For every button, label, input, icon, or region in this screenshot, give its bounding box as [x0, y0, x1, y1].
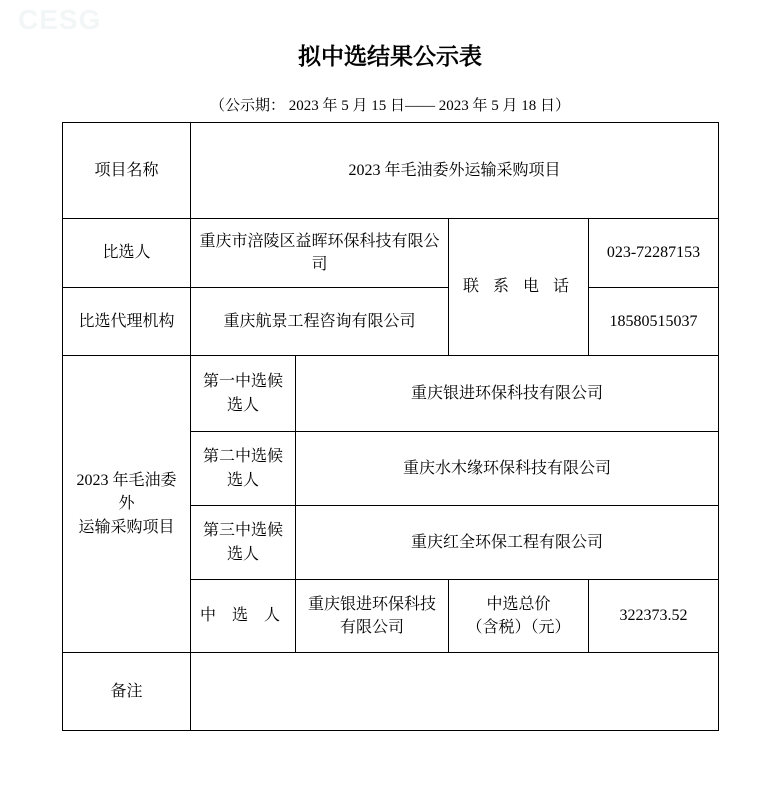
row-bidder: 比选人 重庆市涪陵区益晖环保科技有限公 司 联 系 电 话 023-722871…: [63, 219, 719, 288]
winner-value: 重庆银进环保科技 有限公司: [296, 580, 449, 653]
total-price-value: 322373.52: [589, 580, 719, 653]
remarks-label: 备注: [63, 653, 191, 731]
remarks-value: [191, 653, 719, 731]
page-title: 拟中选结果公示表: [62, 43, 718, 71]
candidate-2-label: 第二中选候 选人: [191, 432, 296, 506]
total-price-label: 中选总价 （含税）（元）: [449, 580, 589, 653]
candidate-3-label: 第三中选候 选人: [191, 506, 296, 580]
bidder-value: 重庆市涪陵区益晖环保科技有限公 司: [191, 219, 449, 288]
candidate-2-value: 重庆水木缘环保科技有限公司: [296, 432, 719, 506]
row-project-name: 项目名称 2023 年毛油委外运输采购项目: [63, 123, 719, 219]
project-name-value: 2023 年毛油委外运输采购项目: [191, 123, 719, 219]
candidate-1-label: 第一中选候 选人: [191, 356, 296, 432]
bidder-phone-value: 023-72287153: [589, 219, 719, 288]
winner-label: 中 选 人: [191, 580, 296, 653]
contact-phone-label: 联 系 电 话: [449, 219, 589, 356]
project-name-label: 项目名称: [63, 123, 191, 219]
row-candidate-1: 2023 年毛油委外 运输采购项目 第一中选候 选人 重庆银进环保科技有限公司: [63, 356, 719, 432]
candidate-1-value: 重庆银进环保科技有限公司: [296, 356, 719, 432]
result-table: 项目名称 2023 年毛油委外运输采购项目 比选人 重庆市涪陵区益晖环保科技有限…: [62, 122, 719, 731]
row-agency: 比选代理机构 重庆航景工程咨询有限公司 18580515037: [63, 288, 719, 356]
project-group-label: 2023 年毛油委外 运输采购项目: [63, 356, 191, 653]
bidder-label: 比选人: [63, 219, 191, 288]
agency-label: 比选代理机构: [63, 288, 191, 356]
agency-phone-value: 18580515037: [589, 288, 719, 356]
agency-value: 重庆航景工程咨询有限公司: [191, 288, 449, 356]
announcement-document: 拟中选结果公示表 （公示期： 2023 年 5 月 15 日—— 2023 年 …: [62, 0, 718, 731]
row-remarks: 备注: [63, 653, 719, 731]
publicity-period: （公示期： 2023 年 5 月 15 日—— 2023 年 5 月 18 日）: [62, 96, 718, 116]
candidate-3-value: 重庆红全环保工程有限公司: [296, 506, 719, 580]
